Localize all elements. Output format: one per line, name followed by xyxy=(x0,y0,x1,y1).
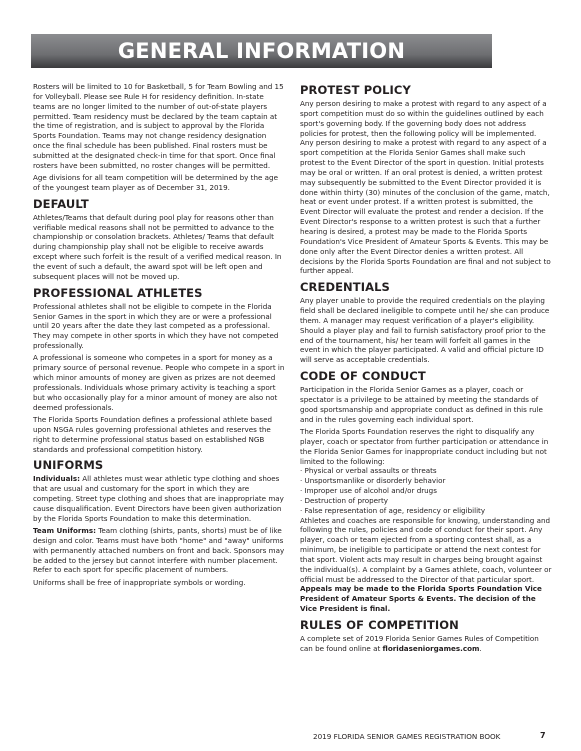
credentials-heading: CREDENTIALS xyxy=(300,281,552,294)
conduct-paragraph-2: The Florida Sports Foundation reserves t… xyxy=(300,427,552,466)
conduct-paragraph-3: Athletes and coaches are responsible for… xyxy=(300,516,552,614)
rules-of-competition-heading: RULES OF COMPETITION xyxy=(300,619,552,632)
website-link[interactable]: floridaseniorgames.com xyxy=(383,644,480,653)
credentials-paragraph: Any player unable to provide the require… xyxy=(300,296,552,365)
individuals-paragraph: Individuals: All athletes must wear athl… xyxy=(33,474,285,523)
rules-paragraph: A complete set of 2019 Florida Senior Ga… xyxy=(300,634,552,654)
team-uniforms-label: Team Uniforms: xyxy=(33,526,96,535)
default-paragraph: Athletes/Teams that default during pool … xyxy=(33,213,285,282)
protest-policy-paragraph: Any person desiring to make a protest wi… xyxy=(300,99,552,276)
professional-paragraph-2: A professional is someone who competes i… xyxy=(33,353,285,412)
right-column: PROTEST POLICY Any person desiring to ma… xyxy=(300,84,552,656)
uniform-symbols-paragraph: Uniforms shall be free of inappropriate … xyxy=(33,578,285,588)
list-item: · Physical or verbal assaults or threats xyxy=(300,466,552,476)
appeals-text: Appeals may be made to the Florida Sport… xyxy=(300,584,542,613)
professional-paragraph-1: Professional athletes shall not be eligi… xyxy=(33,302,285,351)
conduct-violations-list: · Physical or verbal assaults or threats… xyxy=(300,466,552,515)
page-title: GENERAL INFORMATION xyxy=(118,39,405,63)
conduct-responsibility-text: Athletes and coaches are responsible for… xyxy=(300,516,551,584)
conduct-paragraph-1: Participation in the Florida Senior Game… xyxy=(300,385,552,424)
left-column: Rosters will be limited to 10 for Basket… xyxy=(33,82,285,590)
default-heading: DEFAULT xyxy=(33,198,285,211)
team-uniforms-paragraph: Team Uniforms: Team clothing (shirts, pa… xyxy=(33,526,285,575)
rules-text-end: . xyxy=(479,644,481,653)
code-of-conduct-heading: CODE OF CONDUCT xyxy=(300,370,552,383)
page-header-banner: GENERAL INFORMATION xyxy=(31,34,492,68)
individuals-label: Individuals: xyxy=(33,474,80,483)
list-item: · Improper use of alcohol and/or drugs xyxy=(300,486,552,496)
professional-paragraph-3: The Florida Sports Foundation defines a … xyxy=(33,415,285,454)
roster-paragraph: Rosters will be limited to 10 for Basket… xyxy=(33,82,285,171)
professional-athletes-heading: PROFESSIONAL ATHLETES xyxy=(33,287,285,300)
age-division-paragraph: Age divisions for all team competition w… xyxy=(33,173,285,193)
protest-policy-heading: PROTEST POLICY xyxy=(300,84,552,97)
list-item: · Destruction of property xyxy=(300,496,552,506)
page-number: 7 xyxy=(540,731,546,740)
list-item: · Unsportsmanlike or disorderly behavior xyxy=(300,476,552,486)
uniforms-heading: UNIFORMS xyxy=(33,459,285,472)
list-item: · False representation of age, residency… xyxy=(300,506,552,516)
footer-book-title: 2019 FLORIDA SENIOR GAMES REGISTRATION B… xyxy=(313,732,500,741)
